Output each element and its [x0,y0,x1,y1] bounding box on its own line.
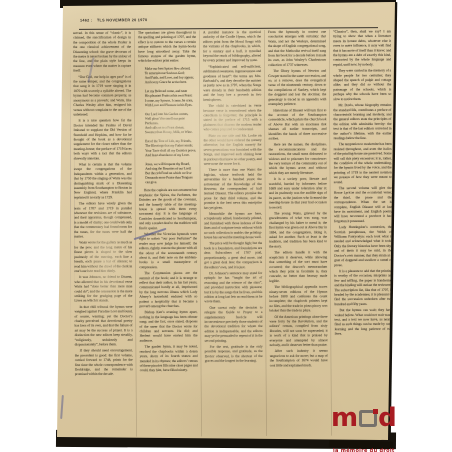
paper-crease [70,40,71,340]
masthead-title: TLS NOVEMBER 20 1970 [97,18,147,23]
watermark-red-dot-icon [373,409,378,414]
page-column: A parallel instance is the metrical auda… [199,30,263,436]
page-column: From the hymnody in contest one conclusi… [264,30,328,436]
body-paragraph: From the hymnody in contest one conclusi… [268,30,326,68]
ink-mark [60,395,64,419]
scanned-newspaper-image: 1462 :TLS NOVEMBER 20 1970 served. In th… [0,0,452,452]
page-column: served. In this sense of “classic”, it i… [73,31,133,437]
body-paragraph: The editors handle it with the scepticis… [269,250,327,283]
body-paragraph: “Sophisticated and self-sufficient, subl… [203,64,261,102]
body-paragraph: Watts wrote for the gallery as much as f… [74,240,132,273]
body-paragraph: served. In this sense of “classic”, it i… [73,31,131,74]
body-paragraph: If they should need encouragement, the p… [75,348,133,377]
body-paragraph: One caveat only: the decision to relegat… [204,305,262,343]
body-paragraph: What is certain is that the volume swept… [74,162,132,200]
body-paragraph: It is a nice question how far the Doctor… [73,118,131,161]
body-paragraph: The young Watts, grieved by the graceles… [269,211,327,249]
page-number: 1462 : [80,18,92,23]
body-paragraph: Plato on one side and Mr. Locke on the o… [204,133,262,166]
watermark-o-box-icon [359,410,377,427]
body-paragraph: Of the American printings alone there we… [269,314,327,347]
body-paragraph: The editors have wisely given the texts … [74,201,132,239]
body-paragraph: They were carried in the memory of a who… [333,68,391,101]
body-paragraph: In that chill tribunal the hymns were we… [74,305,132,348]
verse-line: With Love and Pleasure in his Eyes. [145,103,197,108]
body-paragraph: Lady Huntingdon’s connexion, the Scottis… [334,225,392,268]
body-paragraph: The quotations are given throughout in t… [138,30,196,63]
body-paragraph: It was Johnson, no friend to Dissent, wh… [74,275,132,304]
body-paragraph: The Olney hymns of Newton and Cowper sta… [268,69,326,107]
newspaper-page: 1462 :TLS NOVEMBER 20 1970 served. In th… [0,0,452,452]
body-paragraph: There is more than one Watts: the logici… [204,168,262,211]
watermark-letter-d: d [378,408,395,428]
body-paragraph: Here the capitals are not ornament but e… [139,188,197,231]
masthead: 1462 :TLS NOVEMBER 20 1970 [80,18,147,23]
body-paragraph: A parallel instance is the metrical auda… [203,30,261,63]
body-paragraph: The child is catechized in verse because… [203,104,261,133]
page-column: “Classics”, then, shall we say? I am try… [329,29,393,435]
body-paragraph: After such industry it seems ungracious … [270,349,328,368]
body-paragraph: Here are the names, the disciplines, the… [269,142,327,175]
body-paragraph: For the rest, gratitude is the only poss… [205,345,263,364]
verse-line: Sweeter than Honey, Milk, or Wine. [145,130,197,135]
body-paragraph: Mr. Davis, whose biography remains the s… [333,103,391,141]
body-paragraph: Historians of Dissent will turn first to… [268,108,326,141]
body-paragraph: It is a society poor, literate and watch… [269,177,327,210]
body-paragraph: The price will be thought high; but the … [204,241,262,270]
body-paragraph: “Our God, our help in ages past” is of t… [73,75,131,118]
body-paragraph: The bibliographical appendix traces nine… [269,285,327,314]
verse-line: Demands more Praise than Tongues can giv… [145,175,197,184]
body-paragraph: Dr. Johnson’s sentence may stand for epi… [204,271,262,304]
body-paragraph: It is a pleasure to add that the printin… [334,269,392,307]
body-paragraph: But the hymns can wait; they have waited… [334,308,392,337]
body-paragraph: The Communion pieces are the summit of t… [139,271,197,309]
paper-crease [74,120,75,300]
body-paragraph: Bishop Ken’s evening hymn apart, nothing… [139,310,197,343]
verse-line: And feast abundance of my Love. [145,153,197,158]
body-paragraph: The temptation to modernize has been res… [334,142,392,185]
mod-watermark: m d la mémoire du droit [329,410,452,452]
body-columns: served. In this sense of “classic”, it i… [73,29,392,437]
body-paragraph: Meanwhile the hymns are here, scrupulous… [204,212,262,241]
body-paragraph: “Classics”, then, shall we say? I am try… [333,29,391,67]
body-paragraph: The second volume will give the Horae Ly… [334,186,392,224]
watermark-letters: m d [331,408,395,428]
body-paragraph: The garden hymn, it may be noted, reache… [140,344,198,373]
page-column: The quotations are given throughout in t… [134,30,198,436]
body-paragraph: Whether the Victorian hymnals were right… [139,232,197,270]
watermark-letter-m: m [331,408,357,428]
watermark-tagline: la mémoire du droit [333,448,395,452]
verse-quotation: Make our best Spices flow abroad,To ente… [145,66,197,184]
verse-line: Well pleas’d to smell our poor Perfumes, [145,116,197,125]
